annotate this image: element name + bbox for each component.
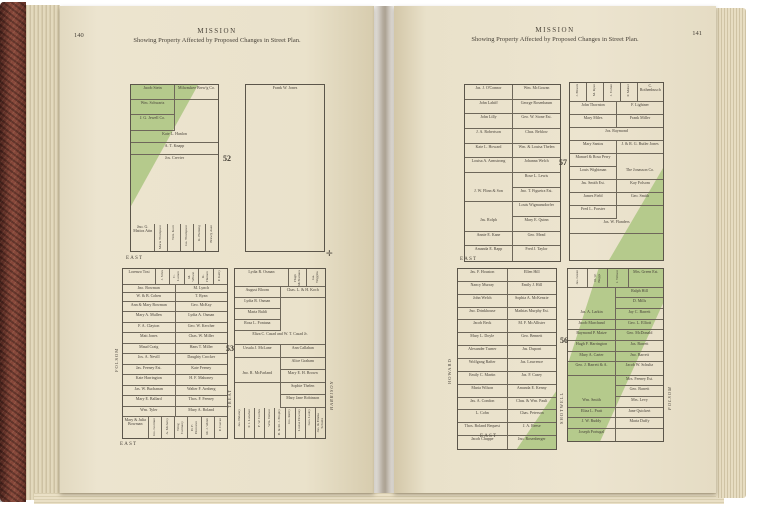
parcel-owner-name: John Lilly <box>479 114 497 119</box>
parcel-owner-name: D. F. Donovan <box>191 417 199 438</box>
parcel: Jno. R. McFarland <box>235 370 281 382</box>
parcel-owner-name: W. & B. Cohen <box>135 293 162 298</box>
parcel-owner-name: Jos. A. Nevill <box>137 354 161 359</box>
parcel-owner-name: Mary E. Quinn <box>523 217 549 222</box>
parcel <box>568 376 616 387</box>
parcel <box>235 358 281 370</box>
parcel: Eliza L. Pratt <box>568 408 616 419</box>
parcel: John Welch <box>458 295 508 308</box>
parcel: Jas. Smith Est. <box>570 180 617 193</box>
parcel: C. Larsen <box>170 269 184 285</box>
parcel-row: J. BloomM. RyanJ. CohenP. MaherC. Rothen… <box>570 83 663 102</box>
parcel-owner-name: Chas. & Wm. Pauli <box>515 398 548 403</box>
parcel: Lydia R. Osman <box>235 269 289 287</box>
parcel-owner-name: Kate Feeney <box>190 365 212 370</box>
parcel-owner-name: R. Fleming <box>198 224 202 242</box>
parcel-row: Geo. Barrett <box>568 386 663 397</box>
parcel-owner-name: Geo. McKay <box>190 302 213 307</box>
parcel: Maud Craig <box>123 344 176 355</box>
parcel-row: Matt JonesChas. W. Miller <box>123 333 227 344</box>
parcel: Louis Wightman <box>570 167 617 180</box>
parcel-owner-name: Jas. W. Flanders <box>603 219 631 224</box>
parcel-owner-name: J. G. Jewell Co. <box>139 115 166 120</box>
parcel: M. Ryan <box>587 83 604 102</box>
parcel-owner-name <box>488 173 490 174</box>
parcel: Mary E. Quinn <box>513 217 560 232</box>
parcel-owner-name: Maria Thompson <box>159 224 163 250</box>
parcel-owner-name <box>196 115 198 116</box>
parcel-row: Jas. W. Flanders <box>570 219 663 234</box>
parcel-owner-name: Ellen Hill <box>523 269 541 274</box>
parcel-row: Alice Graham <box>235 358 325 370</box>
parcel-owner-name: Hugh F. Harrington <box>575 341 608 346</box>
parcel-owner-name: Geo. L. Elliott <box>627 320 652 325</box>
parcel-owner-name: Mrs. Feeney Est. <box>625 376 654 381</box>
parcel-owner-name: Ursula J. McLane <box>242 345 273 350</box>
parcel-row: Mary A. CarterJno. Barrett <box>568 352 663 363</box>
parcel: Jacob W. Schultz <box>616 362 663 375</box>
parcel: Jno. Gorman <box>149 417 162 438</box>
parcel-owner-name <box>639 154 641 155</box>
parcel-row: Ann & Mary BowmanGeo. McKay <box>123 302 227 313</box>
parcel-row: J. A. RobertsonChas. Behlow <box>465 129 560 144</box>
parcel-owner-name: D. W. Beggs <box>594 269 602 287</box>
parcel-row: Mary E. BallardThos. F. Feeney <box>123 396 227 407</box>
street-label-treat: TREAT <box>227 389 232 408</box>
parcel: Jas. F. Casey <box>508 372 557 385</box>
parcel-row: Jas. RolphMary E. Quinn <box>465 217 560 232</box>
parcel: Louis Wigmansdorfer <box>513 202 560 217</box>
parcel: Wing Carmany <box>175 417 188 438</box>
parcel: Ralph Hill <box>616 288 663 299</box>
parcel: Geo. Barrett <box>616 386 663 397</box>
parcel-owner-name: Chas. Behlow <box>524 129 548 134</box>
parcel-owner-name: Fred L. Forster <box>580 206 606 211</box>
parcel: D. F. Donovan <box>188 417 201 438</box>
parcel-row: Kate L. HowardWm. & Louisa Thelen <box>465 144 560 159</box>
parcel-owner-name: Jas. Lawrence <box>519 359 544 364</box>
parcel-owner-name: A. McAvoy <box>166 417 170 435</box>
parcel: Hugh F. Harrington <box>568 341 616 352</box>
parcel: Nancy Murray <box>458 282 508 295</box>
parcel-owner-name: Geo. Bennett <box>520 333 543 338</box>
parcel-owner-name: Geo. W. Stone Est. <box>520 114 552 119</box>
parcel-row: Nancy MurrayEmily J. Hill <box>458 282 556 295</box>
parcel: Rosa L. Fontana <box>235 320 281 331</box>
parcel: Rose L. Lewis <box>513 173 560 188</box>
parcel <box>568 298 616 309</box>
parcel-owner-name: Wm. & Louisa Thelen <box>518 144 556 149</box>
parcel: C. Rothenbusch <box>638 83 663 102</box>
parcel-owner-name: Rose L. Lewis <box>524 173 549 178</box>
parcel: August Bloom <box>235 287 281 298</box>
parcel: Jno. Barrett <box>616 352 663 363</box>
parcel: Mary Santos <box>570 141 617 154</box>
parcel-owner-name: P. Curran <box>219 417 223 432</box>
parcel-owner-name: Emily C. Martin <box>468 372 496 377</box>
parcel-owner-name: Mathias Murphy Est. <box>514 308 550 313</box>
parcel-owner-name: Amanda E. Rapp <box>474 246 503 251</box>
parcel: Jas. J. O'Connor <box>465 85 513 100</box>
parcel: John Lilly <box>465 114 513 129</box>
parcel: Wm. McGowan <box>513 85 560 100</box>
parcel: Jas. Wiggins <box>307 269 325 287</box>
parcel-owner-name: Nancy Murray <box>470 282 495 287</box>
parcel: Jas. Thompson <box>181 224 194 251</box>
parcel-owner-name: D. Mills <box>632 298 647 303</box>
parcel-owner-name: Jas. A. Condon <box>469 398 495 403</box>
parcel <box>570 234 663 260</box>
parcel: Jos. Raymond <box>570 128 663 141</box>
parcel-owner-name: Louisa A. Armstrong <box>471 158 507 163</box>
parcel: Mary E. H. Brown <box>281 370 326 382</box>
parcel: Wm. Smith <box>568 397 616 408</box>
city-block-57-east: J. BloomM. RyanJ. CohenP. MaherC. Rothen… <box>569 82 664 261</box>
parcel-row: A. T. Knapp <box>131 143 218 155</box>
parcel-owner-name: A. T. Knapp <box>164 143 186 148</box>
parcel-row: James FieldGeo. Smith <box>570 193 663 206</box>
parcel: Jno. Bowman <box>123 285 176 293</box>
parcel-row: Wolfgang RafterJas. Lawrence <box>458 359 556 372</box>
parcel: Mathias Murphy Est. <box>508 308 557 321</box>
parcel: J. Wilson <box>608 269 628 288</box>
parcel: Jno. Reilly <box>286 408 296 438</box>
parcel-owner-name: Jno. R. McFarland <box>241 370 273 375</box>
parcel-owner-name: C. Rothenbusch <box>638 83 663 93</box>
parcel-owner-name: Jas. F. Casey <box>520 372 543 377</box>
parcel-row: Hugh F. HarringtonJas. Barrett <box>568 341 663 352</box>
parcel-row: Jacob ChappeJno. Rosenberger <box>458 436 556 449</box>
parcel-row: Mary A. MullenLydia A. Osman <box>123 312 227 323</box>
parcel-owner-name: Mary E. Ballard <box>135 396 163 401</box>
parcel: D. & M. J. Brophy <box>275 408 285 438</box>
atlas-book: 140 MISSION Showing Property Affected by… <box>0 2 748 504</box>
parcel: Thos. F. Feeney <box>176 396 228 407</box>
parcel-owner-name: P. Kelly <box>218 269 222 282</box>
parcel-owner-name: J. Wilson <box>616 269 620 284</box>
parcel-row: Jas. GreenD. W. BeggsJ. WilsonMrs. Green… <box>568 269 663 288</box>
parcel-owner-name <box>639 429 641 430</box>
parcel-owner-name: Jacob W. Schultz <box>625 362 654 367</box>
parcel <box>617 154 663 167</box>
parcel-owner-name: Louis Wightman <box>579 167 608 172</box>
parcel-owner-name: August Bloom <box>245 287 270 292</box>
parcel-row: Louisa A. ArmstrongJohanna Welch <box>465 158 560 173</box>
parcel-owner-name: Wing Carmany <box>177 417 185 438</box>
parcel-owner-name: Jno. Bowman <box>137 285 161 290</box>
parcel: Mary & Julia Bowman <box>123 417 149 438</box>
parcel-owner-name: Jas. Rolph <box>479 217 498 222</box>
parcel <box>281 309 326 320</box>
parcel-owner-name: Jas. J. O'Connor <box>474 85 502 90</box>
parcel-owner-name: Manuel & Rosa Perry <box>575 154 612 159</box>
parcel-owner-name: John Thornton <box>580 102 605 107</box>
parcel <box>235 395 281 407</box>
parcel: P. Kelly <box>214 269 227 285</box>
parcel-owner-name: Jno. T. Figueira Est. <box>519 188 553 193</box>
parcel: Jno. & Emma Schultz <box>316 408 325 438</box>
parcel-owner-name: George Rosenbaum <box>520 100 554 105</box>
parcel: Jas. W. Buchanan <box>123 386 176 397</box>
parcel: J. G. Jewell Co. <box>131 115 175 130</box>
parcel-row: Jas. F. HoustonEllen Hill <box>458 269 556 282</box>
parcel-row: F. A. ClaytonGeo. W. Kercher <box>123 323 227 334</box>
parcel-owner-name: C. Larsen <box>173 269 181 284</box>
parcel-row <box>246 106 324 251</box>
parcel-owner-name: R. Hansen <box>202 269 210 284</box>
parcel: Mary Miles <box>570 115 617 128</box>
parcel-owner-name <box>591 376 593 377</box>
parcel-owner-name: Kay Folsom <box>629 180 651 185</box>
parcel: Jacob Stein <box>131 85 175 100</box>
parcel: M. Wilson <box>185 269 199 285</box>
parcel: Lydia A. Osman <box>176 312 228 323</box>
parcel-owner-name <box>639 206 641 207</box>
parcel <box>246 106 324 251</box>
parcel: Mary L. Doyle <box>458 333 508 346</box>
block-number-56: 56 <box>560 336 568 345</box>
book-gutter-shadow <box>372 6 396 493</box>
parcel: Geo. Leahy <box>306 408 316 438</box>
parcel: Kate L. Howard <box>465 144 513 159</box>
parcel-owner-name <box>196 100 198 101</box>
parcel-row: Raymond P. MaizeGeo. McDonald <box>568 330 663 341</box>
parcel: Brew'g Assn <box>206 224 218 251</box>
parcel: L. Cohn <box>458 410 508 423</box>
left-page: 140 MISSION Showing Property Affected by… <box>60 6 374 493</box>
city-block-52-west: Jacob SteinMilwaukee Brew'g Co.Wm. Schwa… <box>130 84 219 252</box>
parcel-owner-name: Jas. Smith Est. <box>580 180 606 185</box>
parcel: Jno. Drinkhouse <box>458 308 508 321</box>
parcel: Mary E. Ballard <box>123 396 176 407</box>
parcel-owner-name: Jno. Drinkhouse <box>468 308 496 313</box>
parcel-row: L. CohnChas. Peterson <box>458 410 556 423</box>
parcel: Maria Duffy <box>616 418 663 429</box>
parcel: Chas. Behlow <box>513 129 560 144</box>
parcel: Wm. & Louisa Thelen <box>513 144 560 159</box>
parcel-owner-name: J. Bloom <box>576 83 580 98</box>
parcel: Ursula J. McLane <box>235 345 281 357</box>
parcel-row: Sophie Thelen <box>235 383 325 395</box>
parcel-owner-name: Emily J. Hill <box>520 282 543 287</box>
parcel: F. W. Cordes <box>255 408 265 438</box>
parcel: Chas. W. Miller <box>176 333 228 344</box>
parcel-owner-name: Jacob Beck <box>472 320 492 325</box>
parcel: Wm. Tyler <box>123 407 176 418</box>
parcel: J. W. Ruddy <box>568 418 616 429</box>
parcel-owner-name: Jas. F. Houston <box>469 269 495 274</box>
parcel: A. McAvoy <box>162 417 175 438</box>
parcel-row: Eliza L. PrattJane Quickert <box>568 408 663 419</box>
parcel-owner-name <box>302 309 304 310</box>
parcel-owner-name <box>256 358 258 359</box>
parcel: Matt Jones <box>123 333 176 344</box>
parcel: J. Cohen <box>604 83 621 102</box>
parcel-row: Thos. Boland BequestJ. A. Reese <box>458 423 556 436</box>
parcel-row: W. & B. CohenT. Ryan <box>123 293 227 301</box>
parcel-row: Jas. W. BuchananWalter F. Arnberg <box>123 386 227 397</box>
parcel-owner-name: M. Lynch <box>192 285 210 290</box>
parcel-owner-name: Mary E. H. Brown <box>287 370 319 375</box>
parcel-row: Jacob SteinMilwaukee Brew'g Co. <box>131 85 218 100</box>
parcel: J. Bloom <box>570 83 587 102</box>
parcel-owner-name: P. Maher <box>627 83 631 97</box>
parcel-row: Wm. Schwartz <box>131 100 218 115</box>
parcel-owner-name <box>591 298 593 299</box>
parcel: Ann Callahan <box>281 345 326 357</box>
parcel-owner-name: Daughty Crocker <box>186 354 216 359</box>
parcel-owner-name: Mary Jane Robinson <box>285 395 320 400</box>
parcel: Geo. McKay <box>176 302 228 313</box>
parcel-owner-name: Kate L. Hanlon <box>161 131 188 136</box>
parcel-row: August BloomChas. L. & H. Koch <box>235 287 325 298</box>
parcel <box>568 386 616 397</box>
parcel: Jas. Feeney Est. <box>123 365 176 376</box>
parcel-owner-name: J. A. Reese <box>522 423 542 428</box>
parcel-owner-name <box>488 202 490 203</box>
parcel-owner-name: Jno. & Emma Schultz <box>317 408 325 438</box>
street-label-folsom: FOLSOM <box>114 348 119 372</box>
parcel-owner-name: Ralph Hill <box>630 288 649 293</box>
parcel-row: Alexander TurnerJas. Dupont <box>458 346 556 359</box>
parcel-row: Jno. R. McFarlandMary E. H. Brown <box>235 370 325 382</box>
parcel-owner-name: Jno. Barrett <box>629 352 650 357</box>
parcel: Joseph Portugal <box>568 429 616 441</box>
parcel: Frank W. Jones <box>246 85 324 106</box>
parcel-owner-name: Mrs. Green Est. <box>632 269 659 274</box>
parcel-owner-name: Mary L. Doyle <box>469 333 495 338</box>
parcel: Geo. L. Elliott <box>616 320 663 331</box>
parcel: Wm. Schwartz <box>131 100 175 115</box>
parcel-owner-name: Hugh McNamara <box>294 269 302 287</box>
parcel: Jas. A. Condon <box>458 398 508 411</box>
city-block-53-east: Lydia R. OsmanHugh McNamaraJas. WigginsA… <box>234 268 326 439</box>
parcel-owner-name: J. A. Robertson <box>475 129 502 134</box>
parcel: Geo. Smith <box>617 193 663 206</box>
parcel: Fred J. Taylor <box>513 246 560 261</box>
parcel: M. J. Welsh <box>202 417 215 438</box>
parcel-owner-name: D. & M. J. Brophy <box>278 408 282 436</box>
parcel-row: Eliza C. Casad and W. T. Casad Jr. <box>235 331 325 345</box>
parcel-owner-name: J. W. Ruddy <box>581 418 603 423</box>
page-title: MISSION <box>60 27 374 35</box>
parcel: H. F. Mahoney <box>176 375 228 386</box>
parcel-owner-name: Eliza C. Casad and W. T. Casad Jr. <box>251 331 308 336</box>
parcel: P. Maher <box>621 83 638 102</box>
parcel: Sophie Thelen <box>281 383 326 395</box>
parcel-owner-name: Jos. Raymond <box>604 128 629 133</box>
parcel-row: Jno. BowmanM. Lynch <box>123 285 227 293</box>
parcel: Emily J. Hill <box>508 282 557 295</box>
parcel-row: Jas. A. LarkinJay C. Barrett <box>568 309 663 320</box>
parcel-owner-name: Walter F. Arnberg <box>186 386 217 391</box>
parcel: Kate L. Hanlon <box>131 131 218 143</box>
parcel: Louise Downey <box>296 408 306 438</box>
parcel-owner-name: Jas. Thompson <box>185 224 189 247</box>
parcel: Hugh McNamara <box>289 269 308 287</box>
parcel-owner-name: Jane Quickert <box>627 408 651 413</box>
parcel-owner-name: Louis Wigmansdorfer <box>518 202 555 207</box>
parcel-owner-name <box>256 383 258 384</box>
parcel-row: Fred L. Forster <box>570 206 663 219</box>
parcel-row: Jno. DrinkhouseMathias Murphy Est. <box>458 308 556 321</box>
street-label-folsom-right: FOLSOM <box>667 386 672 410</box>
parcel-owner-name <box>591 386 593 387</box>
parcel-row: Jos. Crevier <box>131 155 218 224</box>
parcel-row: Jacob BeckM. F. McAllister <box>458 320 556 333</box>
parcel-row: Rose L. Lewis <box>465 173 560 188</box>
parcel: Alexander Turner <box>458 346 508 359</box>
parcel-owner-name: Chas. W. Miller <box>188 333 215 338</box>
parcel-row: Jas. J. O'ConnorWm. McGowan <box>465 85 560 100</box>
parcel-row: John WelchSophia A. McKenzie <box>458 295 556 308</box>
parcel: Jos. A. Nevill <box>123 354 176 365</box>
parcel-row: Jas. Smith Est.Kay Folsom <box>570 180 663 193</box>
parcel: Mary A. Carter <box>568 352 616 363</box>
parcel-owner-name: Jay C. Barrett <box>627 309 651 314</box>
parcel-owner-name: Sophie Thelen <box>290 383 315 388</box>
parcel-row: John ThorntonF. Lightner <box>570 102 663 115</box>
parcel-owner-name: L. Cohn <box>475 410 490 415</box>
parcel-owner-name: Alice Graham <box>290 358 315 363</box>
parcel-owner-name: Jno. Reilly <box>288 408 292 425</box>
parcel: D. Mills <box>616 298 663 309</box>
compass-icon: ✛ <box>326 249 333 258</box>
parcel-owner-name: Sophia A. McKenzie <box>514 295 549 300</box>
parcel-owner-name <box>302 298 304 299</box>
parcel: George Rosenbaum <box>513 100 560 115</box>
parcel-row: J. W. Flinn & SonJno. T. Figueira Est. <box>465 188 560 203</box>
parcel: Jacob Marchand <box>568 320 616 331</box>
parcel: Geo. Bennett <box>508 333 557 346</box>
parcel-owner-name: Wm. McGowan <box>523 85 551 90</box>
parcel: Wm. Nelson <box>265 408 275 438</box>
parcel: Jacob Beck <box>458 320 508 333</box>
parcel: Johanna Welch <box>513 158 560 173</box>
parcel: Daughty Crocker <box>176 354 228 365</box>
parcel: Maria Wilson <box>458 385 508 398</box>
parcel-owner-name: M. Ryan <box>593 83 597 97</box>
parcel-owner-name: Jas. Barrett <box>630 341 650 346</box>
parcel-owner-name: Frank W. Jones <box>272 85 299 90</box>
parcel-owner-name: Geo. Leahy <box>308 408 312 426</box>
parcel-row: Rosa L. Fontana <box>235 320 325 331</box>
parcel: J. Silva <box>156 269 170 285</box>
parcel-row: Mrs. Feeney Est. <box>568 376 663 387</box>
parcel-owner-name <box>284 106 286 107</box>
parcel-row: J. W. RuddyMaria Duffy <box>568 418 663 429</box>
page-subtitle: Showing Property Affected by Proposed Ch… <box>60 37 374 44</box>
parcel: Chas. & Wm. Pauli <box>508 398 557 411</box>
parcel: R. Fleming <box>194 224 207 251</box>
page-edges-right <box>716 8 746 498</box>
parcel: John Lahiff <box>465 100 513 115</box>
parcel-row: Geo. J. Barrett & A.Jacob W. Schultz <box>568 362 663 375</box>
parcel-owner-name: Maria Wilson <box>470 385 494 390</box>
parcel: Wm. Korn <box>168 224 181 251</box>
parcel-owner-name: Jas. A. Larkin <box>579 309 603 314</box>
parcel-owner-name: Jas. Wiggins <box>312 269 320 286</box>
parcel-owner-name: Jno. Gorman <box>153 417 157 437</box>
parcel: Raymond P. Maize <box>568 330 616 341</box>
parcel-row: Amanda E. RappFred J. Taylor <box>465 246 560 261</box>
parcel-owner-name: Chas. L. & H. Koch <box>286 287 320 292</box>
parcel-owner-name: Annie E. Kane <box>476 232 502 237</box>
parcel-owner-name: M. Wilson <box>188 269 196 284</box>
block-number-52: 52 <box>223 154 231 163</box>
parcel: Geo. W. Stone Est. <box>513 114 560 129</box>
parcel-row: Ursula J. McLaneAnn Callahan <box>235 345 325 357</box>
